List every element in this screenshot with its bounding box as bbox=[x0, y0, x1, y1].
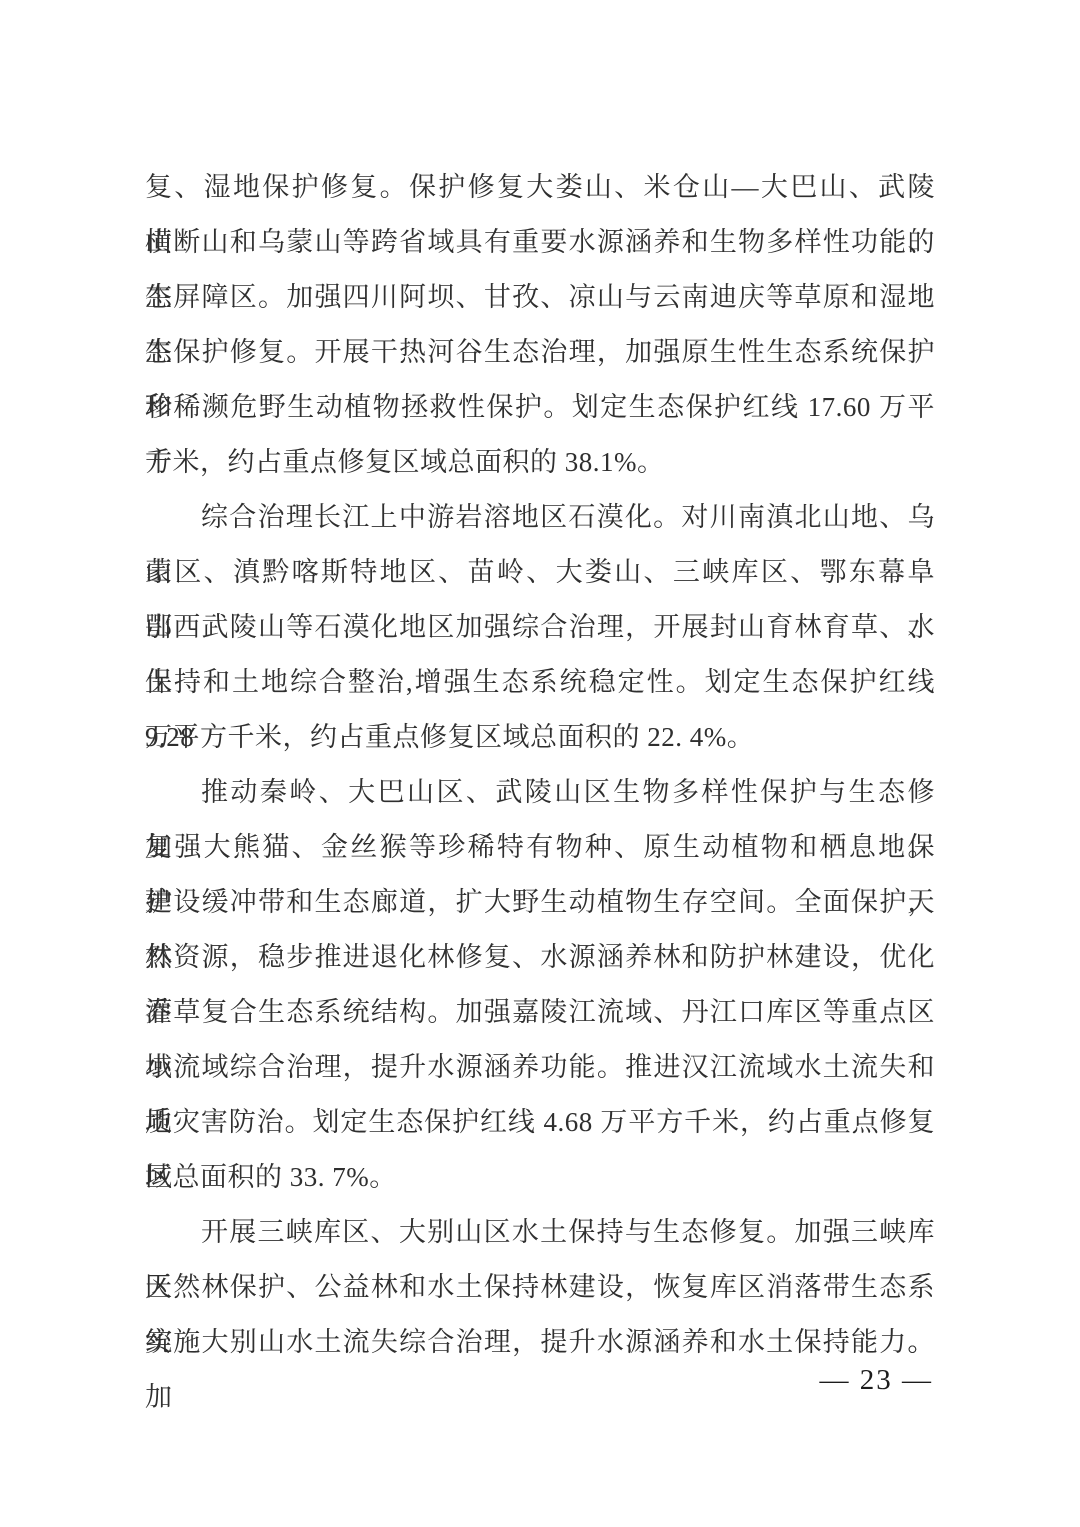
text-line: 天然林保护、公益林和水土保持林建设，恢复库区消落带生态系统。 bbox=[145, 1260, 935, 1315]
text-line: 山区、滇黔喀斯特地区、苗岭、大娄山、三峡库区、鄂东幕阜山、 bbox=[145, 545, 935, 600]
text-line: 实施大别山水土流失综合治理，提升水源涵养和水土保持能力。加 bbox=[145, 1315, 935, 1370]
text-line: 建设缓冲带和生态廊道，扩大野生动植物生存空间。全面保护天然 bbox=[145, 875, 935, 930]
text-line: 万平方千米，约占重点修复区域总面积的 22. 4%。 bbox=[145, 710, 935, 765]
text-line: 质灾害防治。划定生态保护红线 4.68 万平方千米，约占重点修复区 bbox=[145, 1095, 935, 1150]
text-line: 林资源，稳步推进退化林修复、水源涵养林和防护林建设，优化乔 bbox=[145, 930, 935, 985]
text-line: 小流域综合治理，提升水源涵养功能。推进汉江流域水土流失和地 bbox=[145, 1040, 935, 1095]
body-text: 复、湿地保护修复。保护修复大娄山、米仓山—大巴山、武陵山、横断山和乌蒙山等跨省域… bbox=[145, 160, 935, 1370]
text-line: 鄂西武陵山等石漠化地区加强综合治理，开展封山育林育草、水土 bbox=[145, 600, 935, 655]
text-line: 开展三峡库区、大别山区水土保持与生态修复。加强三峡库区 bbox=[145, 1205, 935, 1260]
text-line: 千米，约占重点修复区域总面积的 38.1%。 bbox=[145, 435, 935, 490]
text-line: 珍稀濒危野生动植物拯救性保护。划定生态保护红线 17.60 万平方 bbox=[145, 380, 935, 435]
text-line: 保持和土地综合整治,增强生态系统稳定性。划定生态保护红线 9.28 bbox=[145, 655, 935, 710]
text-line: 加强大熊猫、金丝猴等珍稀特有物种、原生动植物和栖息地保护， bbox=[145, 820, 935, 875]
text-line: 推动秦岭、大巴山区、武陵山区生物多样性保护与生态修复。 bbox=[145, 765, 935, 820]
document-page: 复、湿地保护修复。保护修复大娄山、米仓山—大巴山、武陵山、横断山和乌蒙山等跨省域… bbox=[0, 0, 1080, 1527]
text-line: 横断山和乌蒙山等跨省域具有重要水源涵养和生物多样性功能的生 bbox=[145, 215, 935, 270]
text-line: 复、湿地保护修复。保护修复大娄山、米仓山—大巴山、武陵山、 bbox=[145, 160, 935, 215]
page-number: — 23 — bbox=[820, 1360, 934, 1400]
text-line: 综合治理长江上中游岩溶地区石漠化。对川南滇北山地、乌蒙 bbox=[145, 490, 935, 545]
text-line: 态保护修复。开展干热河谷生态治理，加强原生性生态系统保护和 bbox=[145, 325, 935, 380]
text-line: 域总面积的 33. 7%。 bbox=[145, 1150, 935, 1205]
text-line: 态屏障区。加强四川阿坝、甘孜、凉山与云南迪庆等草原和湿地生 bbox=[145, 270, 935, 325]
text-line: 灌草复合生态系统结构。加强嘉陵江流域、丹江口库区等重点区域 bbox=[145, 985, 935, 1040]
